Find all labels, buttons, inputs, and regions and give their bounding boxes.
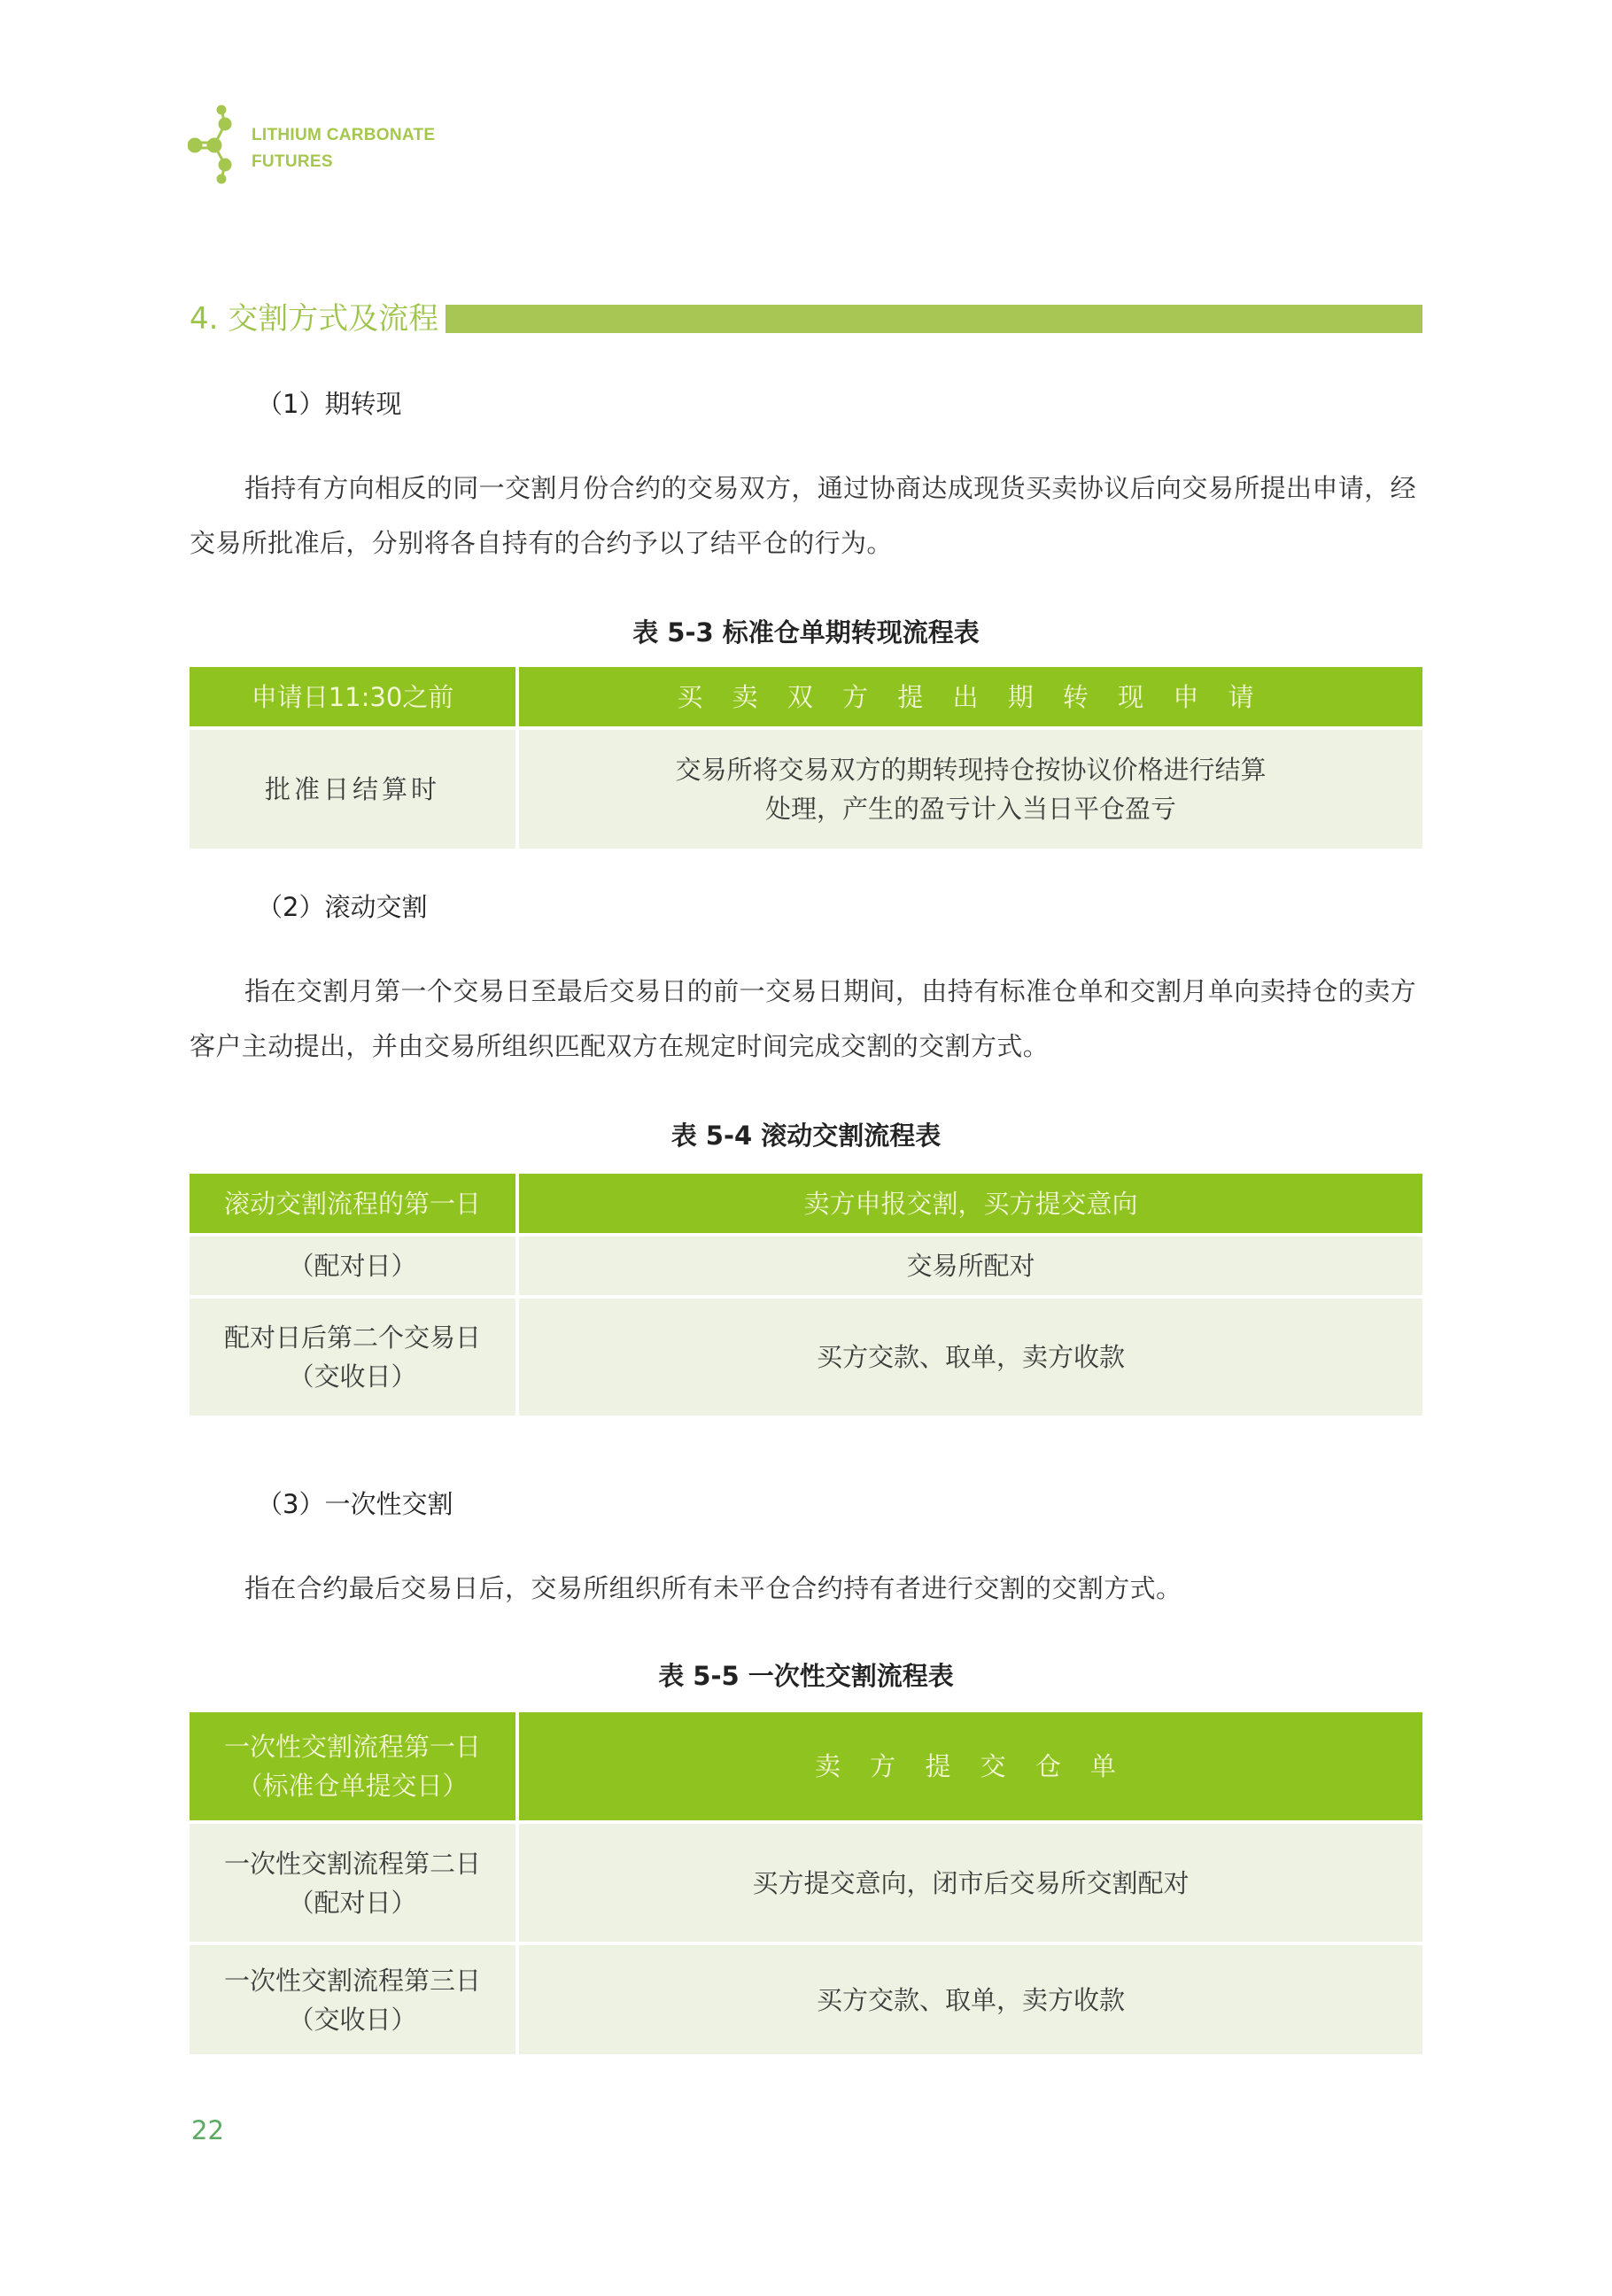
- cell-line: 配对日后第二个交易日: [198, 1318, 507, 1357]
- cell-line: （标准仓单提交日）: [198, 1766, 507, 1805]
- table-5-3: 申请日11:30之前 买 卖 双 方 提 出 期 转 现 申 请 批准日结算时 …: [190, 667, 1422, 849]
- cell-line: 处理，产生的盈亏计入当日平仓盈亏: [528, 789, 1414, 828]
- section-heading: 4. 交割方式及流程: [190, 301, 1422, 337]
- table-row: （配对日） 交易所配对: [190, 1233, 1422, 1295]
- logo-line-2: FUTURES: [252, 149, 435, 175]
- table-cell: 申请日11:30之前: [190, 667, 519, 726]
- table-row: 一次性交割流程第二日 （配对日） 买方提交意向，闭市后交易所交割配对: [190, 1820, 1422, 1942]
- brand-logo-text: LITHIUM CARBONATE FUTURES: [252, 122, 435, 175]
- section-title: 4. 交割方式及流程: [190, 301, 446, 337]
- paragraph-one-time-delivery: 指在合约最后交易日后，交易所组织所有未平仓合约持有者进行交割的交割方式。: [190, 1561, 1424, 1616]
- table-cell: 买 卖 双 方 提 出 期 转 现 申 请: [519, 667, 1422, 726]
- table-row: 一次性交割流程第三日 （交收日） 买方交款、取单，卖方收款: [190, 1942, 1422, 2054]
- cell-line: （交收日）: [198, 1357, 507, 1396]
- table-5-5: 一次性交割流程第一日 （标准仓单提交日） 卖 方 提 交 仓 单 一次性交割流程…: [190, 1712, 1422, 2054]
- cell-line: 一次性交割流程第二日: [198, 1844, 507, 1883]
- cell-line: 交易所将交易双方的期转现持仓按协议价格进行结算: [528, 750, 1414, 789]
- cell-line: 一次性交割流程第三日: [198, 1961, 507, 2000]
- subheading-one-time-delivery: （3）一次性交割: [257, 1485, 453, 1521]
- cell-line: （配对日）: [198, 1883, 507, 1922]
- table-5-4: 滚动交割流程的第一日 卖方申报交割，买方提交意向 （配对日） 交易所配对 配对日…: [190, 1174, 1422, 1416]
- table-cell: 卖 方 提 交 仓 单: [519, 1712, 1422, 1820]
- table-cell: （配对日）: [190, 1233, 519, 1295]
- table-cell: 交易所将交易双方的期转现持仓按协议价格进行结算 处理，产生的盈亏计入当日平仓盈亏: [519, 726, 1422, 849]
- table-cell: 一次性交割流程第一日 （标准仓单提交日）: [190, 1712, 519, 1820]
- cell-line: 一次性交割流程第一日: [198, 1727, 507, 1766]
- page-number: 22: [191, 2115, 224, 2145]
- table-caption-5-5: 表 5-5 一次性交割流程表: [190, 1656, 1422, 1693]
- paragraph-futures-for-physicals: 指持有方向相反的同一交割月份合约的交易双方，通过协商达成现货买卖协议后向交易所提…: [190, 461, 1424, 570]
- subheading-rolling-delivery: （2）滚动交割: [257, 888, 427, 924]
- table-cell: 配对日后第二个交易日 （交收日）: [190, 1295, 519, 1416]
- table-row: 滚动交割流程的第一日 卖方申报交割，买方提交意向: [190, 1174, 1422, 1233]
- table-cell: 买方提交意向，闭市后交易所交割配对: [519, 1820, 1422, 1942]
- table-row: 申请日11:30之前 买 卖 双 方 提 出 期 转 现 申 请: [190, 667, 1422, 726]
- table-cell: 卖方申报交割，买方提交意向: [519, 1174, 1422, 1233]
- table-caption-5-4: 表 5-4 滚动交割流程表: [190, 1116, 1422, 1152]
- subheading-futures-for-physicals: （1）期转现: [257, 384, 401, 421]
- table-row: 批准日结算时 交易所将交易双方的期转现持仓按协议价格进行结算 处理，产生的盈亏计…: [190, 726, 1422, 849]
- table-cell: 买方交款、取单，卖方收款: [519, 1295, 1422, 1416]
- table-caption-5-3: 表 5-3 标准仓单期转现流程表: [190, 613, 1422, 649]
- paragraph-rolling-delivery: 指在交割月第一个交易日至最后交易日的前一交易日期间，由持有标准仓单和交割月单向卖…: [190, 964, 1424, 1074]
- table-cell: 交易所配对: [519, 1233, 1422, 1295]
- table-row: 一次性交割流程第一日 （标准仓单提交日） 卖 方 提 交 仓 单: [190, 1712, 1422, 1820]
- section-accent-bar: [446, 305, 1422, 333]
- table-cell: 一次性交割流程第三日 （交收日）: [190, 1942, 519, 2054]
- table-cell: 滚动交割流程的第一日: [190, 1174, 519, 1233]
- table-cell: 买方交款、取单，卖方收款: [519, 1942, 1422, 2054]
- table-row: 配对日后第二个交易日 （交收日） 买方交款、取单，卖方收款: [190, 1295, 1422, 1416]
- logo-line-1: LITHIUM CARBONATE: [252, 122, 435, 149]
- table-cell: 批准日结算时: [190, 726, 519, 849]
- table-cell: 一次性交割流程第二日 （配对日）: [190, 1820, 519, 1942]
- cell-line: （交收日）: [198, 2000, 507, 2039]
